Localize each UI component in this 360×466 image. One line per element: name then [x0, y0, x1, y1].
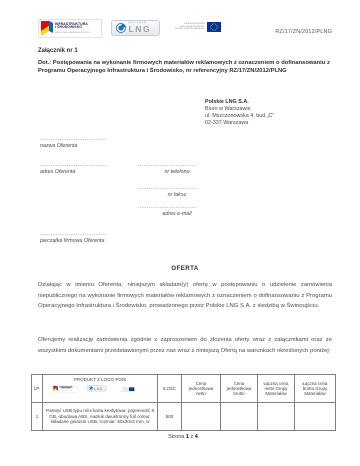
table-header-row: LP. PRODUKT Z LOGO POIŚ [32, 375, 336, 403]
field-label-adres-email: adres e-mail [148, 211, 206, 217]
product-column-title: PRODUKT Z LOGO POIŚ [45, 376, 156, 382]
document-page: INFRASTRUKTURA I ŚRODOWISKO NARODOWA STR… [0, 0, 360, 466]
offer-paragraph-1: Działając w imieniu Oferenta, niniejszym… [38, 280, 332, 312]
row-unit-net [182, 403, 221, 431]
lng-globe-icon [116, 23, 126, 33]
recipient-block: Polskie LNG S.A. Biuro w Warszawie ul. M… [205, 99, 274, 127]
field-label-nr-faksu: nr faksu [148, 192, 206, 198]
dotted-line-nazwa: ........................................… [40, 136, 107, 142]
eu-funds-logo: UNIA EUROPEJSKA EUROPEJSKI FUNDUSZ ROZWO… [175, 22, 221, 32]
row-lp: 1 [32, 403, 43, 431]
recipient-line4: 02-337 Warszawa [205, 120, 274, 127]
products-table: LP. PRODUKT Z LOGO POIŚ [31, 374, 336, 431]
recipient-line3: ul. Mszczonowska 4, bud.„C” [205, 113, 274, 120]
polskie-lng-logo: POLSKIE LNG [111, 20, 160, 36]
dotted-line-telefon: ........................................… [138, 162, 196, 168]
dotted-line-adres: ........................................… [40, 162, 107, 168]
column-header-unit-net: Cena jednostkowa netto [182, 375, 221, 403]
offer-title: OFERTA [38, 265, 332, 272]
infrastructure-logo-subline: NARODOWA STRATEGIA SPÓJNOŚCI [55, 32, 91, 35]
eu-flag-icon-small [128, 387, 134, 391]
column-header-qty: ILOŚĆ [158, 375, 182, 403]
infrastructure-environment-logo: INFRASTRUKTURA I ŚRODOWISKO NARODOWA STR… [38, 19, 102, 38]
field-label-pieczatka: pieczątka firmowa Oferenta [40, 238, 104, 244]
infrastructure-logo-line2: I ŚRODOWISKO [55, 26, 91, 30]
subject-line: Dot.: Postępowania na wykonanie firmowyc… [38, 60, 330, 75]
attachment-title: Załącznik nr 1 [38, 48, 78, 54]
field-label-nr-telefonu: nr telefonu [148, 169, 206, 175]
footer-prefix: Strona [168, 434, 186, 440]
row-total-net [258, 403, 295, 431]
eu-flag-icon [207, 22, 221, 32]
dotted-line-pieczatka: ........................................… [40, 231, 107, 237]
row-unit-gross [221, 403, 258, 431]
eu-logo-line3: ROZWOJU REGIONALNEGO [175, 28, 204, 31]
row-total-gross [295, 403, 336, 431]
column-header-product: PRODUKT Z LOGO POIŚ [43, 375, 158, 403]
dotted-line-faks: ........................................… [138, 185, 196, 191]
column-header-total-net: Łączna cena netto Grupy Materiałów [258, 375, 295, 403]
table-row: 1 Pamięć USB typu mini karta kredytowa: … [32, 403, 336, 431]
eu-funds-logo-small: UNIA EUROPEJSKA EUROPEJSKI FUNDUSZ ROZWO… [120, 386, 134, 393]
eu-logo-text: UNIA EUROPEJSKA EUROPEJSKI FUNDUSZ ROZWO… [175, 23, 204, 31]
infrastructure-logo-text: INFRASTRUKTURA I ŚRODOWISKO NARODOWA STR… [55, 23, 91, 35]
dotted-line-email: ........................................… [138, 204, 196, 210]
footer-total-pages: 4 [195, 434, 198, 440]
column-header-total-gross: Łączna cena brutto Grupy Materiałów [295, 375, 336, 403]
lng-logo-lng: LNG [129, 25, 152, 34]
field-label-nazwa-oferenta: nazwa Oferenta [40, 143, 77, 149]
recipient-line2: Biuro w Warszawie [205, 106, 274, 113]
infrastructure-logo-small: INFRASTRUKTURA I ŚRODOWISKO NARODOWA STR… [52, 385, 78, 393]
field-label-adres-oferenta: adres Oferenta [40, 169, 75, 175]
recipient-name: Polskie LNG S.A. [205, 99, 274, 106]
row-product-description: Pamięć USB typu mini karta kredytowa: po… [43, 403, 158, 431]
offer-paragraph-2: Oferujemy realizację zamówienia zgodnie … [38, 335, 332, 356]
reference-number: RZ/17/ZN/2012/PLNG [240, 29, 332, 35]
page-footer: Strona 1 z 4 [31, 434, 335, 440]
infrastructure-logo-icon [41, 21, 53, 36]
row-quantity: 500 [158, 403, 182, 431]
column-header-unit-gross: Cena jednostkowa brutto [221, 375, 258, 403]
polskie-lng-logo-small: POLSKIE LNG [87, 385, 107, 391]
lng-globe-icon-small [89, 386, 93, 390]
infrastructure-logo-icon-small [53, 386, 58, 392]
column-header-lp: LP. [32, 375, 43, 403]
lng-logo-text: POLSKIE LNG [129, 22, 152, 33]
